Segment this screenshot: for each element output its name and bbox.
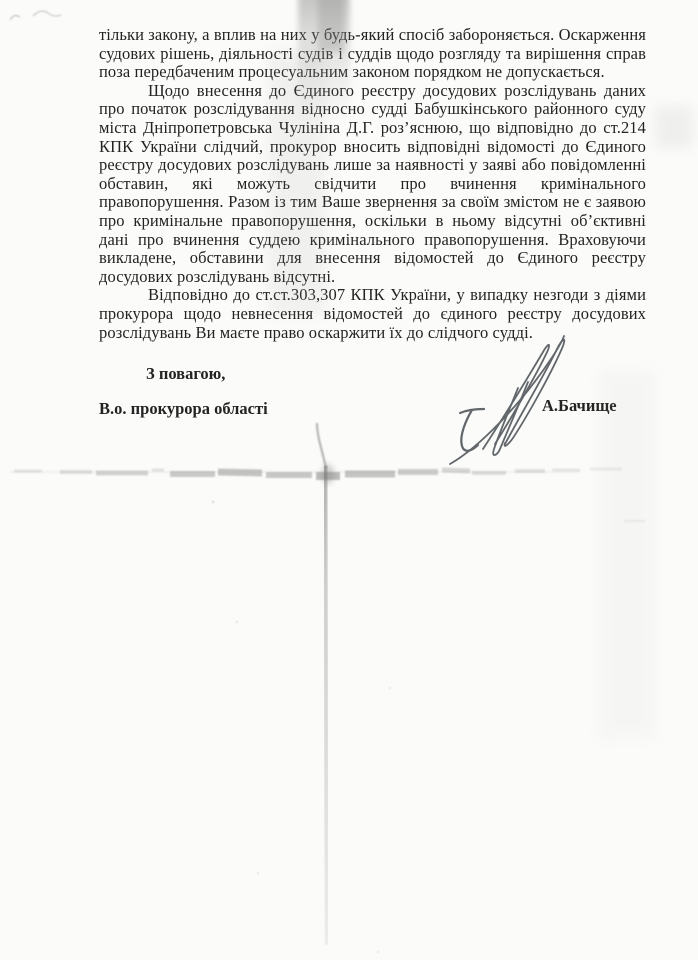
pencil-marks xyxy=(10,11,61,20)
letter-paragraph-1: тільки закону, а вплив на них у будь-яки… xyxy=(99,26,646,82)
scanned-letter-page: тільки закону, а вплив на них у будь-яки… xyxy=(0,0,698,960)
closing-salutation: З повагою, xyxy=(146,364,225,384)
horizontal-crease xyxy=(10,469,645,521)
vertical-fold-crease xyxy=(317,423,334,945)
letter-body: тільки закону, а вплив на них у будь-яки… xyxy=(99,26,646,342)
letter-paragraph-3: Відповідно до ст.ст.303,307 КПК України,… xyxy=(99,286,646,342)
letter-paragraph-2: Щодо внесення до Єдиного реєстру досудов… xyxy=(99,82,646,287)
signatory-title: В.о. прокурора області xyxy=(99,399,268,419)
signatory-name: А.Бачище xyxy=(542,396,617,416)
